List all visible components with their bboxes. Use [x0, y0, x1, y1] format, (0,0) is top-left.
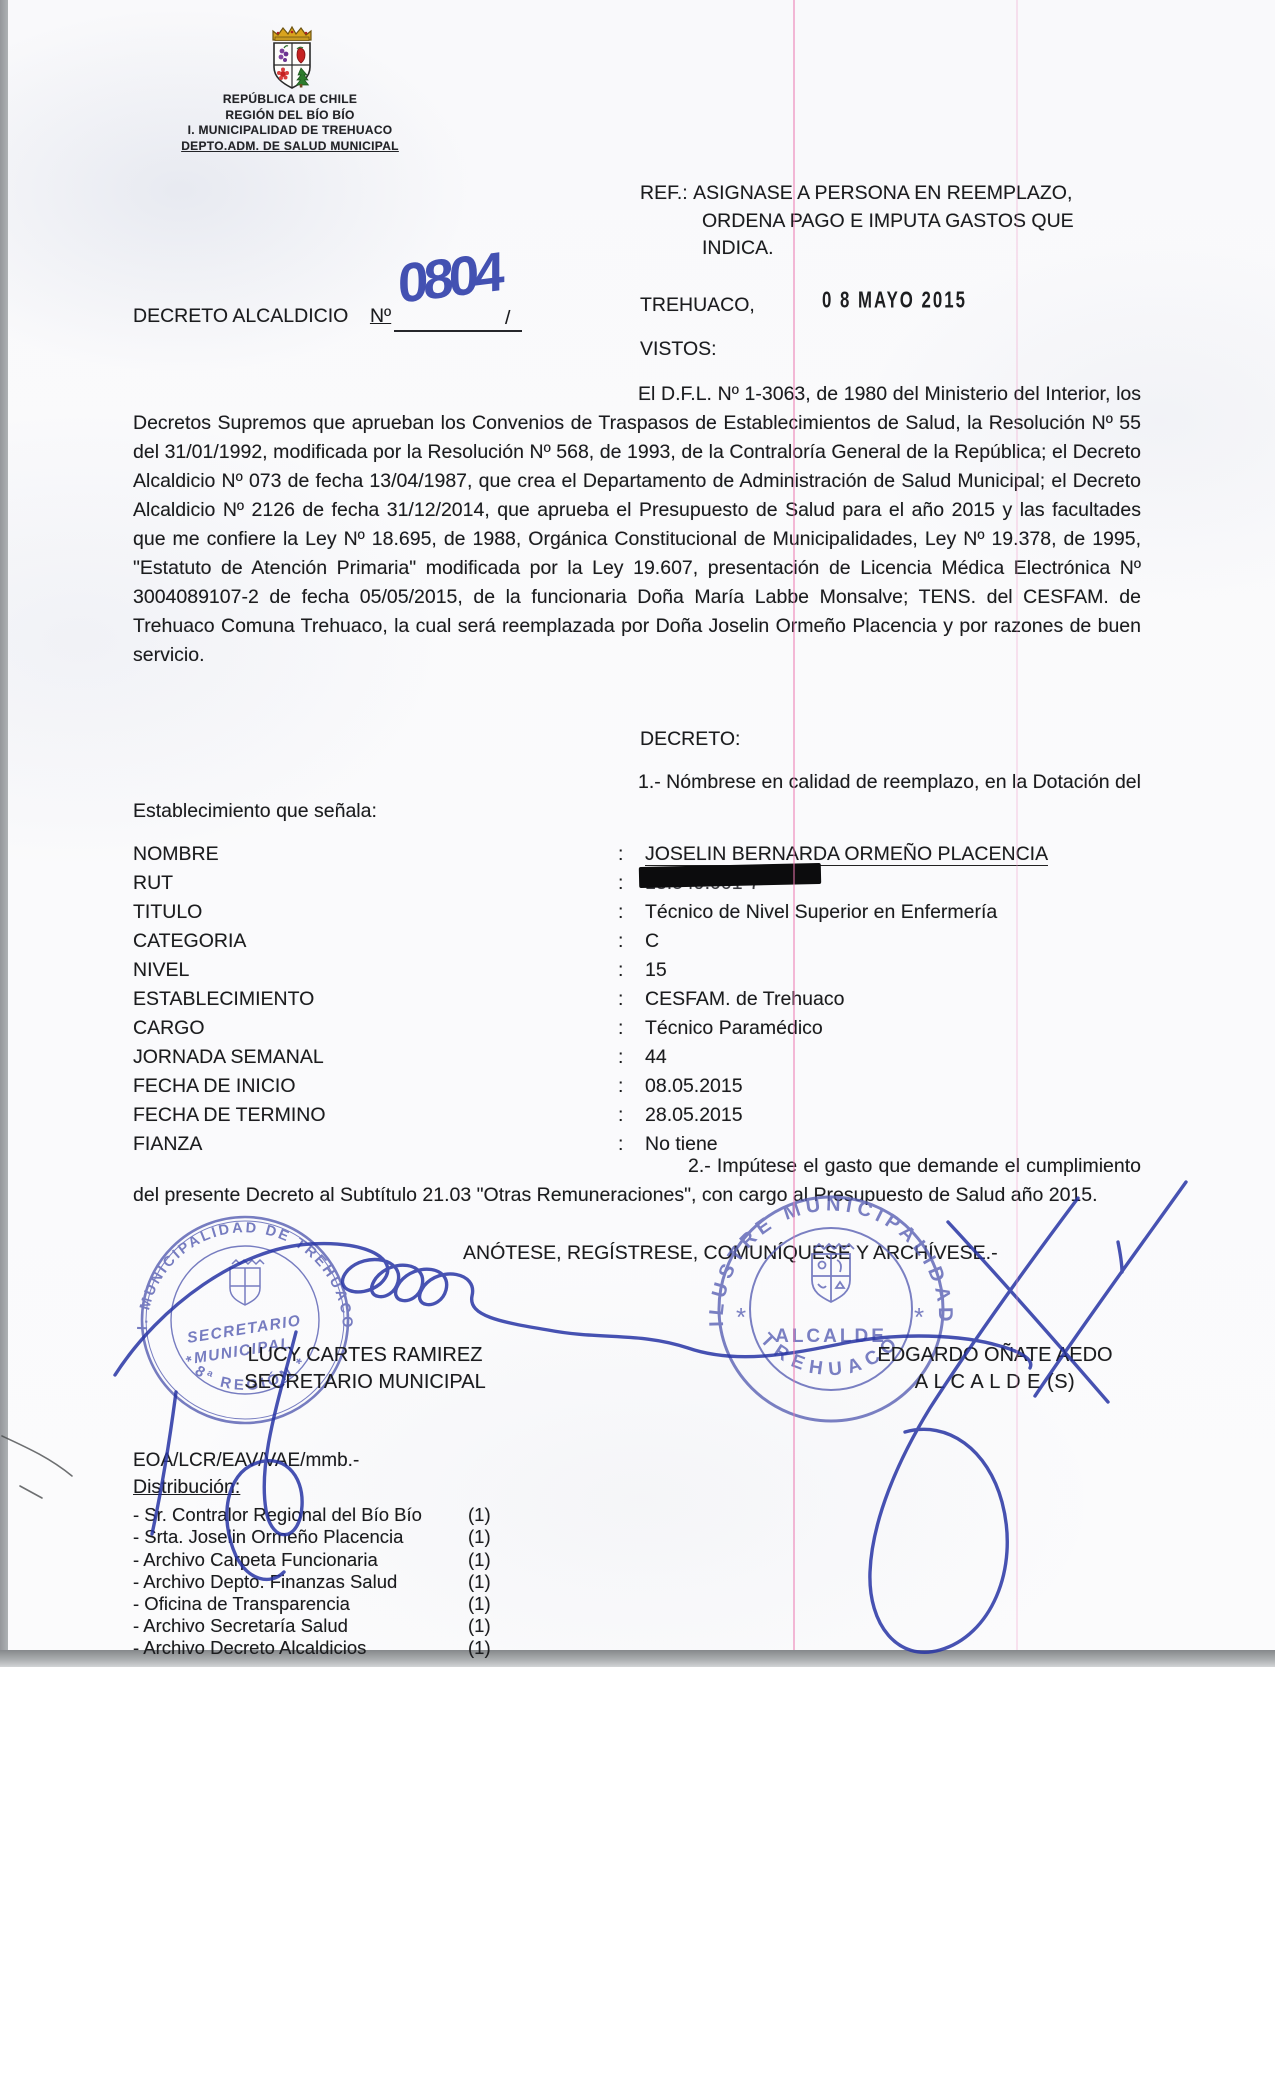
scanned-decree-page: REPÚBLICA DE CHILE REGIÓN DEL BÍO BÍO I.…	[0, 0, 1275, 2100]
signature-stroke-right-loop	[870, 1198, 1078, 1652]
scan-crease-artifact	[2, 1436, 72, 1498]
signature-stroke-right-tick	[1118, 1242, 1122, 1272]
signature-stroke-left-descender	[227, 1332, 302, 1579]
signature-stroke-left-diagonal	[152, 1392, 176, 1534]
scan-pink-line	[793, 0, 795, 1650]
signature-stroke-right-cross-2	[1035, 1182, 1186, 1396]
signature-stroke-left	[115, 1244, 1031, 1375]
signature-stroke-right-cross-1	[948, 1222, 1108, 1402]
scan-pink-line-faint	[1016, 0, 1018, 1650]
signature-ink-overlay	[0, 0, 1275, 2100]
